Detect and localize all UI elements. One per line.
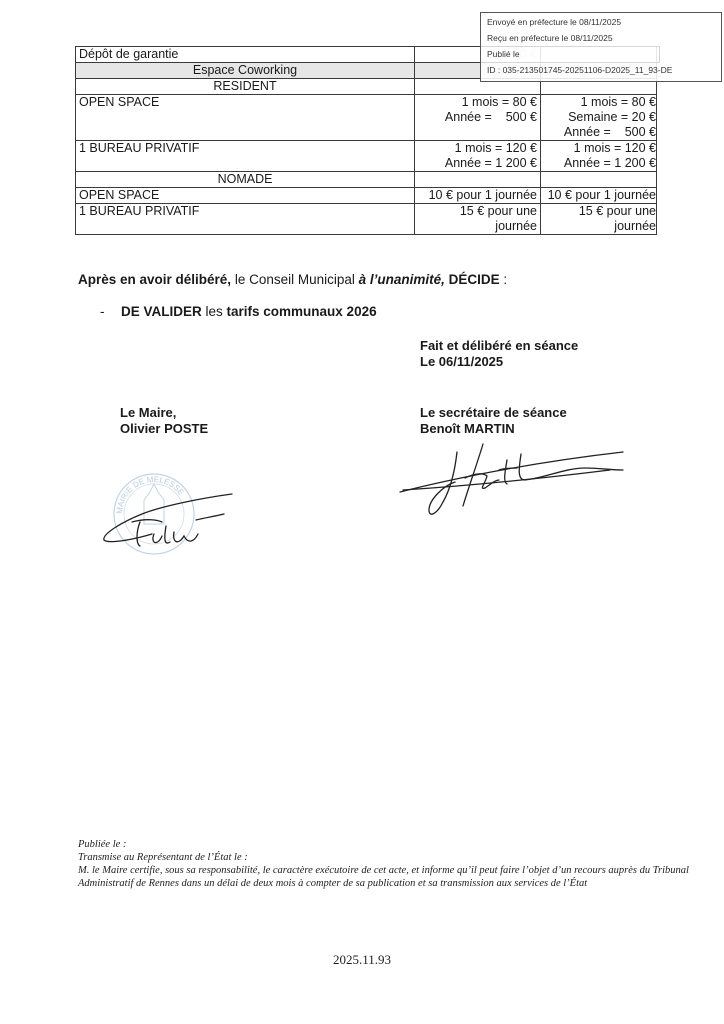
section-title: Espace Coworking [76,63,415,79]
mayor-seal-signature: MAIRIE DE MELESSE [92,462,252,572]
row-price-col2: 15 € pour une journée [415,204,541,235]
row-price-col3: 15 € pour une journée [541,204,657,235]
row-label: OPEN SPACE [76,188,415,204]
prefecture-stamp: Envoyé en préfecture le 08/11/2025 Reçu … [480,12,722,82]
secretary-signatory: Le secrétaire de séance Benoît MARTIN [420,405,567,437]
row-price-col3: 1 mois = 80 € Semaine = 20 € Année = 500… [541,95,657,141]
mayor-signature-icon [104,494,232,546]
decision-intro: Après en avoir délibéré, le Conseil Muni… [78,272,507,287]
group-title-nomade: NOMADE [76,172,415,188]
mayor-signatory: Le Maire, Olivier POSTE [120,405,208,437]
reference-number: 2025.11.93 [0,952,724,968]
secretary-signature-icon [395,440,625,530]
row-label: 1 BUREAU PRIVATIF [76,204,415,235]
table-row: OPEN SPACE 1 mois = 80 € Année = 500 € 1… [76,95,657,141]
stamp-published: Publié le [487,49,520,59]
legal-footer: Publiée le : Transmise au Représentant d… [78,838,698,890]
decision-item: - DE VALIDER les tarifs communaux 2026 [100,304,105,319]
footer-certification: M. le Maire certifie, sous sa responsabi… [78,864,698,890]
group-title-resident: RESIDENT [76,79,415,95]
row-price-col3: 1 mois = 120 € Année = 1 200 € [541,141,657,172]
footer-published: Publiée le : [78,838,698,851]
row-label: 1 BUREAU PRIVATIF [76,141,415,172]
session-info: Fait et délibéré en séance Le 06/11/2025 [420,338,578,370]
table-row: 1 BUREAU PRIVATIF 15 € pour une journée … [76,204,657,235]
mayor-title: Le Maire, [120,405,208,421]
row-price-col3: 10 € pour 1 journée [541,188,657,204]
stamp-sent: Envoyé en préfecture le 08/11/2025 [487,17,621,27]
stamp-received: Reçu en préfecture le 08/11/2025 [487,33,613,43]
stamp-id: ID : 035-213501745-20251106-D2025_11_93-… [487,65,672,75]
mayor-name: Olivier POSTE [120,421,208,437]
bullet-dash: - [100,304,105,319]
row-label: OPEN SPACE [76,95,415,141]
row-price-col2: 1 mois = 120 € Année = 1 200 € [415,141,541,172]
table-row: OPEN SPACE 10 € pour 1 journée 10 € pour… [76,188,657,204]
deposit-label: Dépôt de garantie [76,47,415,63]
row-price-col2: 1 mois = 80 € Année = 500 € [415,95,541,141]
row-price-col2: 10 € pour 1 journée [415,188,541,204]
group-header-row: NOMADE [76,172,657,188]
table-row: 1 BUREAU PRIVATIF 1 mois = 120 € Année =… [76,141,657,172]
secretary-name: Benoît MARTIN [420,421,567,437]
secretary-title: Le secrétaire de séance [420,405,567,421]
footer-transmitted: Transmise au Représentant de l’État le : [78,851,698,864]
